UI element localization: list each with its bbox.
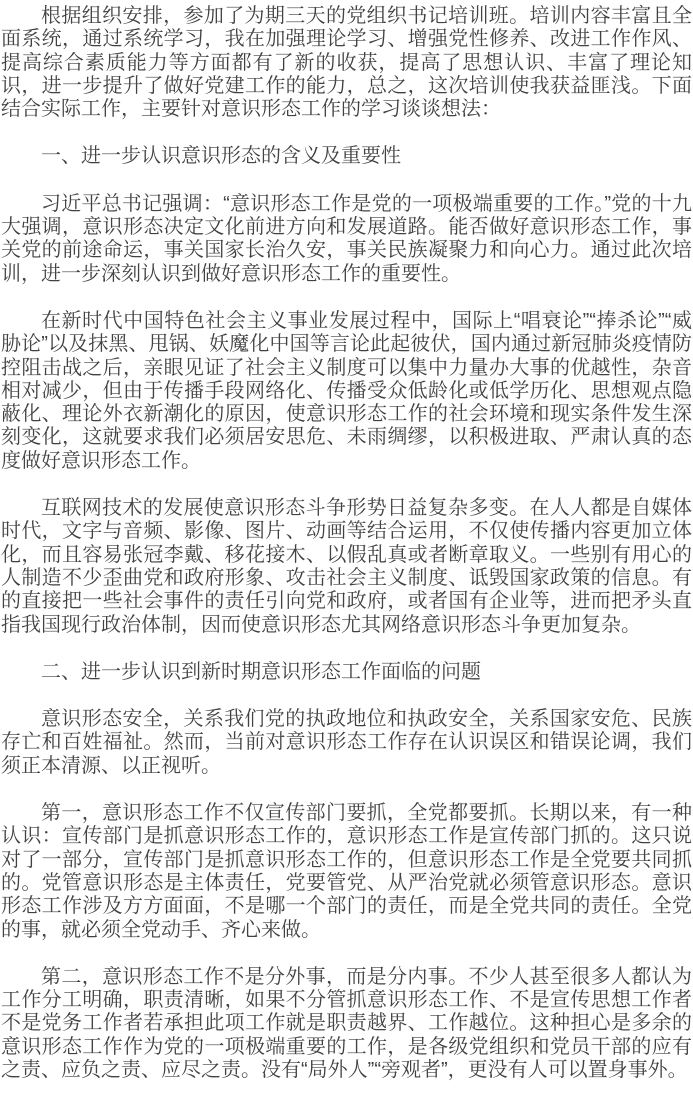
section-1-paragraph-1: 习近平总书记强调：“意识形态工作是党的一项极端重要的工作。”党的十九大强调，意识… [1,193,692,286]
section-1-paragraph-2: 在新时代中国特色社会主义事业发展过程中，国际上“唱衰论”“捧杀论”“威胁论”以及… [1,310,692,473]
section-1-paragraph-3: 互联网技术的发展使意识形态斗争形势日益复杂多变。在人人都是自媒体时代，文字与音频… [1,497,692,637]
section-2-paragraph-2-first: 第一，意识形态工作不仅宣传部门要抓，全党都要抓。长期以来，有一种认识：宣传部门是… [1,802,692,942]
document-page: 根据组织安排，参加了为期三天的党组织书记培训班。培训内容丰富且全面系统，通过系统… [0,0,693,1097]
intro-paragraph: 根据组织安排，参加了为期三天的党组织书记培训班。培训内容丰富且全面系统，通过系统… [1,5,692,121]
section-2-paragraph-1: 意识形态安全，关系我们党的执政地位和执政安全，关系国家安危、民族存亡和百姓福祉。… [1,708,692,778]
section-2-heading: 二、进一步认识到新时期意识形态工作面临的问题 [1,661,692,684]
section-1-heading: 一、进一步认识意识形态的含义及重要性 [1,145,692,168]
section-2-paragraph-3-second: 第二，意识形态工作不是分外事，而是分内事。不少人甚至很多人都认为工作分工明确，职… [1,966,692,1082]
